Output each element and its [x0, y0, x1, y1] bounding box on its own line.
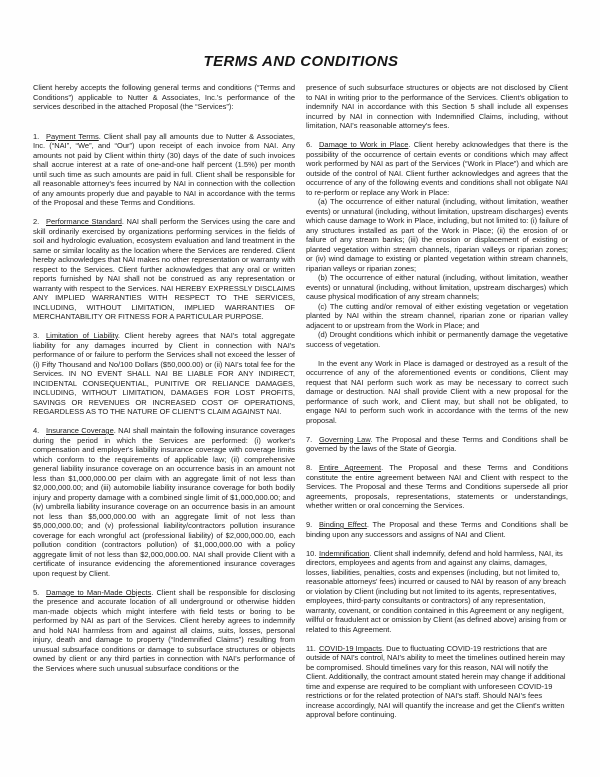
terms-document-page: TERMS AND CONDITIONS Client hereby accep…	[0, 0, 600, 777]
subsection-label: (a)	[318, 197, 327, 206]
section-9: 9.Binding Effect. The Proposal and these…	[306, 520, 568, 539]
section-heading: COVID-19 Impacts	[319, 644, 382, 653]
section-7: 7.Governing Law. The Proposal and these …	[306, 435, 568, 454]
two-column-layout: Client hereby accepts the following gene…	[33, 83, 569, 729]
section-number: 11.	[306, 644, 319, 654]
right-column: presence of such subsurface structures o…	[306, 83, 568, 729]
subsection-d: (d) Drought conditions which inhibit or …	[306, 330, 568, 349]
text-paragraph: Client hereby accepts the following gene…	[33, 83, 295, 112]
section-number: 2.	[33, 217, 46, 227]
section-2: 2.Performance Standard. NAI shall perfor…	[33, 217, 295, 322]
section-number: 10.	[306, 549, 319, 559]
section-5: 5.Damage to Man-Made Objects. Client sha…	[33, 588, 295, 674]
section-number: 6.	[306, 140, 319, 150]
section-number: 4.	[33, 426, 46, 436]
section-3: 3.Limitation of Liability. Client hereby…	[33, 331, 295, 417]
section-number: 7.	[306, 435, 319, 445]
left-column: Client hereby accepts the following gene…	[33, 83, 295, 729]
section-heading: Damage to Man-Made Objects	[46, 588, 151, 597]
subsection-b: (b) The occurrence of either natural (in…	[306, 273, 568, 302]
document-title: TERMS AND CONDITIONS	[33, 53, 569, 70]
section-number: 1.	[33, 132, 46, 142]
section-heading: Limitation of Liability	[46, 331, 118, 340]
section-11: 11.COVID-19 Impacts. Due to fluctuating …	[306, 644, 568, 720]
section-6: 6.Damage to Work in Place. Client hereby…	[306, 140, 568, 197]
section-heading: Entire Agreement	[319, 463, 381, 472]
section-heading: Governing Law	[319, 435, 370, 444]
subsection-a: (a) The occurrence of either natural (in…	[306, 197, 568, 273]
section-number: 9.	[306, 520, 319, 530]
subsection-c: (c) The cutting and/or removal of either…	[306, 302, 568, 331]
section-8: 8.Entire Agreement. The Proposal and the…	[306, 463, 568, 511]
subsection-label: (d)	[318, 330, 327, 339]
section-heading: Indemnification	[319, 549, 369, 558]
subsection-label: (c)	[318, 302, 327, 311]
section-4: 4.Insurance Coverage. NAI shall maintain…	[33, 426, 295, 578]
section-1: 1.Payment Terms. Client shall pay all am…	[33, 132, 295, 208]
subsection-label: (b)	[318, 273, 327, 282]
text-paragraph: In the event any Work in Place is damage…	[306, 359, 568, 426]
section-heading: Payment Terms	[46, 132, 99, 141]
section-heading: Insurance Coverage	[46, 426, 114, 435]
section-heading: Performance Standard	[46, 217, 122, 226]
section-number: 8.	[306, 463, 319, 473]
text-paragraph: presence of such subsurface structures o…	[306, 83, 568, 131]
section-heading: Damage to Work in Place	[319, 140, 408, 149]
section-number: 5.	[33, 588, 46, 598]
section-10: 10.Indemnification. Client shall indemni…	[306, 549, 568, 635]
section-heading: Binding Effect	[319, 520, 367, 529]
section-number: 3.	[33, 331, 46, 341]
